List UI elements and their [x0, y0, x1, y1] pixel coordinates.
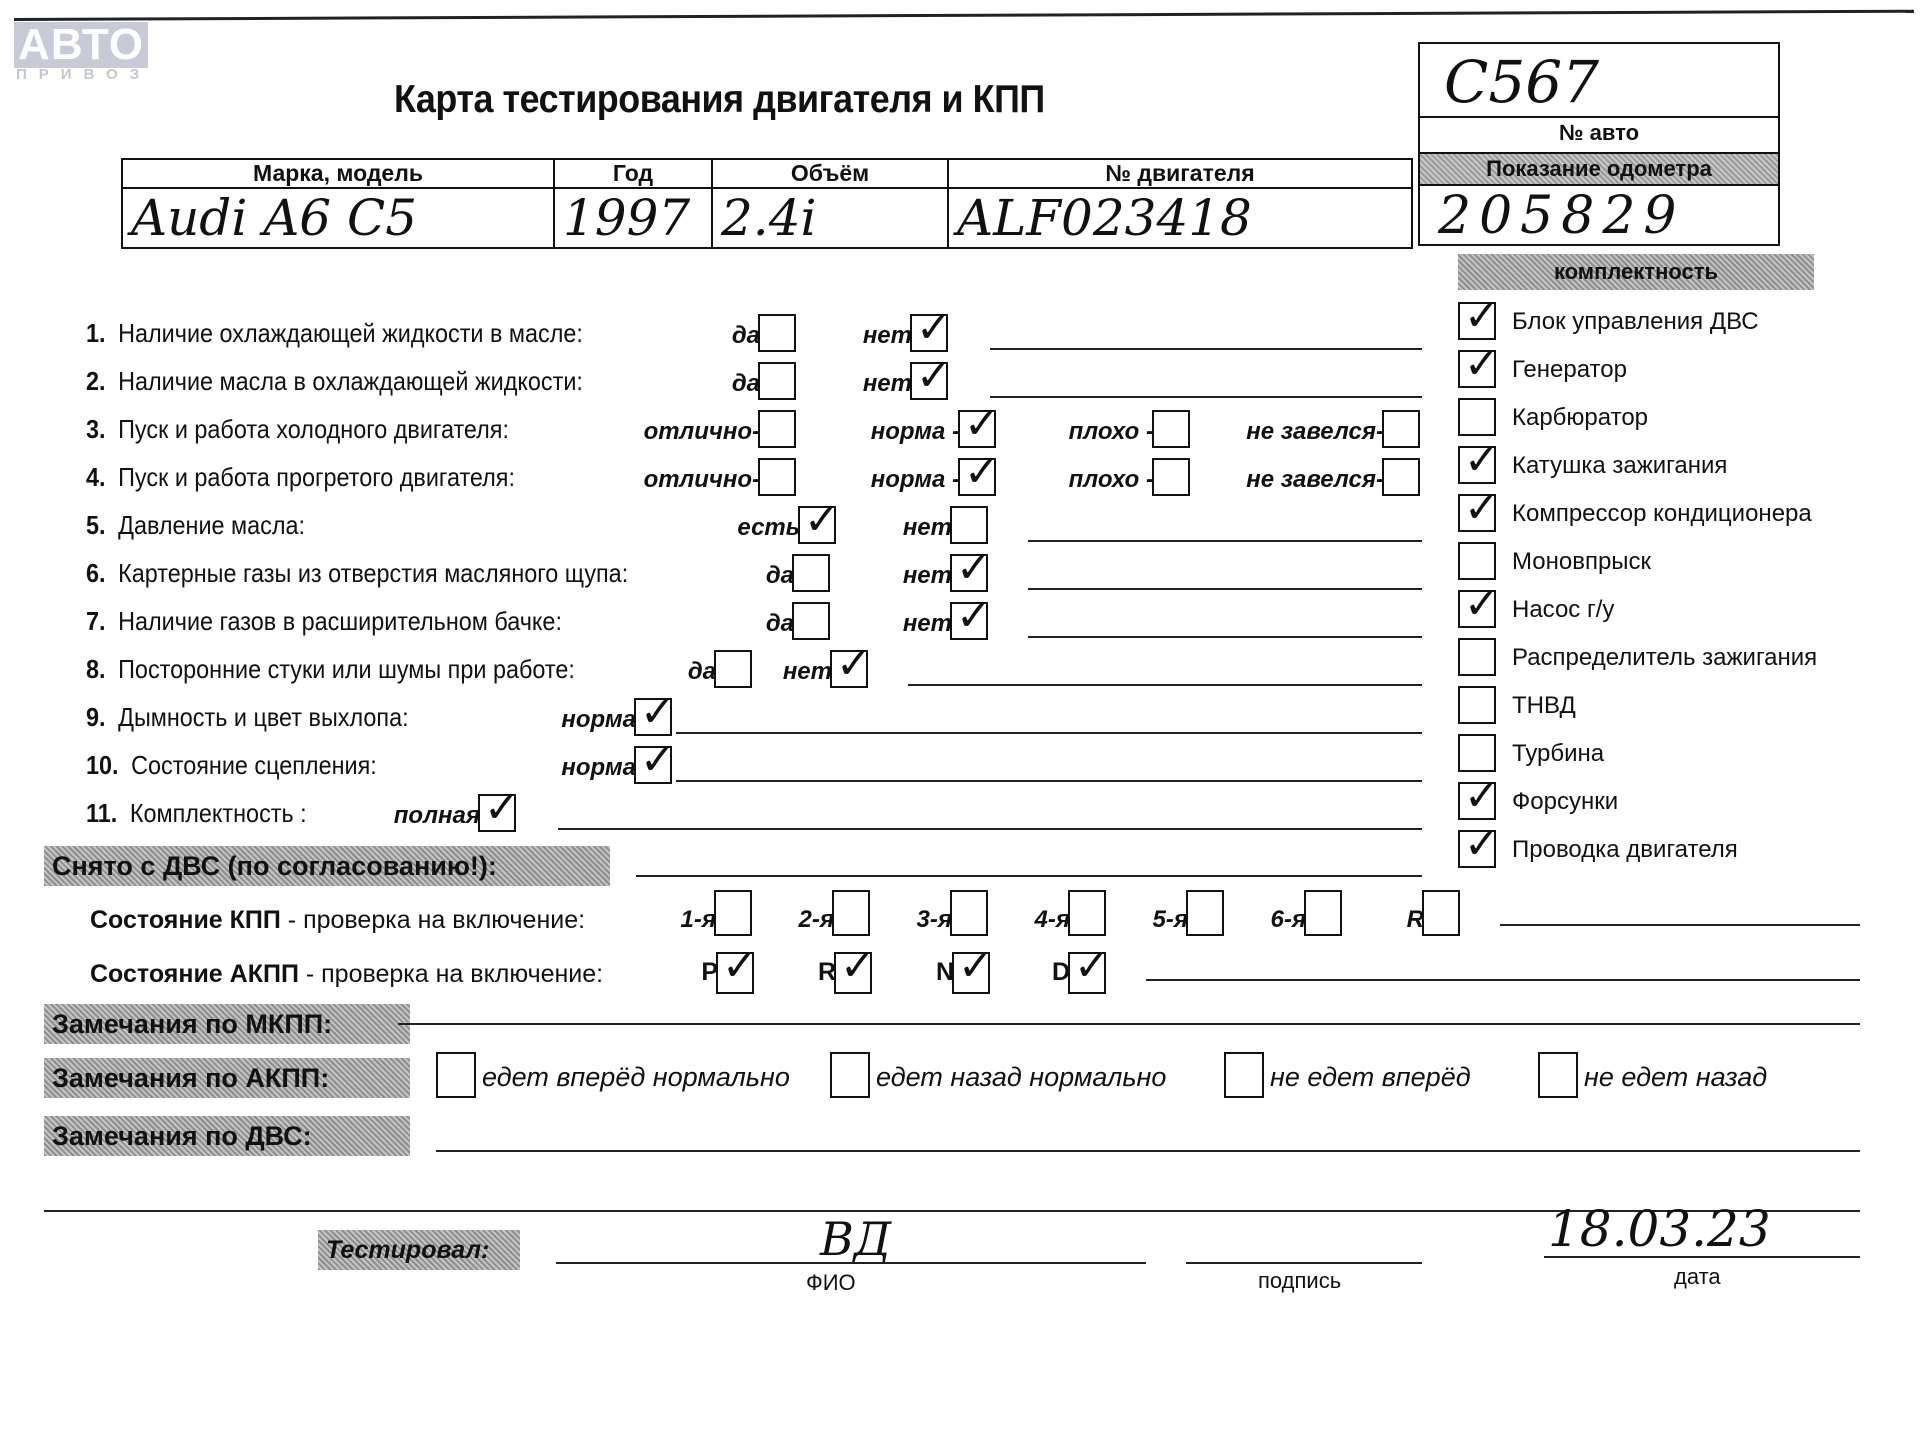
option-checkbox[interactable] — [1382, 458, 1420, 496]
question-number: 1. — [86, 318, 106, 348]
option-label: да — [732, 370, 760, 398]
checklist-question: 1.Наличие охлаждающей жидкости в масле: — [86, 318, 583, 349]
car-number-label: № авто — [1420, 120, 1778, 146]
option-label: не завелся- — [1246, 466, 1384, 494]
checkmark-icon: ✓ — [916, 352, 951, 400]
checklist-question: 3.Пуск и работа холодного двигателя: — [86, 414, 509, 445]
checklist-question: 4.Пуск и работа прогретого двигателя: — [86, 462, 515, 493]
manual-gearbox-line[interactable] — [1500, 924, 1860, 926]
comment-line[interactable] — [676, 780, 1422, 782]
option-checkbox[interactable]: ✓ — [634, 746, 672, 784]
comment-line[interactable] — [990, 396, 1422, 398]
comment-line[interactable] — [1028, 636, 1422, 638]
checklist-question: 11.Комплектность : — [86, 798, 307, 829]
option-label: норма — [561, 754, 636, 782]
dvs-remarks-line[interactable] — [436, 1150, 1860, 1152]
question-number: 9. — [86, 702, 106, 732]
checklist-question: 2.Наличие масла в охлаждающей жидкости: — [86, 366, 583, 397]
signature-line[interactable] — [1186, 1262, 1422, 1264]
option-checkbox[interactable]: ✓ — [830, 650, 868, 688]
odometer-box: Показание одометра 205829 — [1418, 152, 1780, 246]
question-label: Пуск и работа прогретого двигателя: — [118, 462, 515, 492]
header-model: Марка, модель — [122, 159, 554, 188]
checkmark-icon: ✓ — [1464, 580, 1499, 628]
manual-gearbox-label: Состояние КПП - проверка на включение: — [90, 906, 585, 935]
gear-label: 4-я — [1035, 906, 1070, 934]
question-label: Картерные газы из отверстия масляного щу… — [118, 558, 628, 588]
completeness-item-label: Форсунки — [1512, 788, 1618, 816]
comment-line[interactable] — [558, 828, 1422, 830]
completeness-header: комплектность — [1458, 254, 1814, 290]
completeness-item-label: Генератор — [1512, 356, 1627, 384]
comment-line[interactable] — [1028, 588, 1422, 590]
option-checkbox[interactable] — [1382, 410, 1420, 448]
checkmark-icon: ✓ — [484, 784, 519, 832]
question-label: Давление масла: — [118, 510, 305, 540]
option-label: плохо - — [1069, 466, 1154, 494]
tested-by-label: Тестировал: — [318, 1230, 520, 1270]
question-number: 10. — [86, 750, 119, 780]
option-checkbox[interactable] — [758, 314, 796, 352]
akpp-remark-checkbox[interactable] — [830, 1052, 870, 1098]
question-label: Состояние сцепления: — [131, 750, 377, 780]
option-checkbox[interactable] — [792, 602, 830, 640]
date-caption: дата — [1674, 1264, 1721, 1290]
checkmark-icon: ✓ — [964, 400, 999, 448]
auto-gearbox-line[interactable] — [1146, 979, 1860, 981]
completeness-checkbox[interactable] — [1458, 398, 1496, 436]
car-number-field[interactable]: C567 — [1444, 48, 1599, 116]
checklist-question: 10.Состояние сцепления: — [86, 750, 377, 781]
comment-line[interactable] — [1028, 540, 1422, 542]
completeness-item-label: Турбина — [1512, 740, 1604, 768]
option-checkbox[interactable]: ✓ — [478, 794, 516, 832]
akpp-remarks-header: Замечания по АКПП: — [44, 1058, 410, 1098]
completeness-checkbox[interactable]: ✓ — [1458, 830, 1496, 868]
comment-line[interactable] — [990, 348, 1422, 350]
option-checkbox[interactable] — [1152, 410, 1190, 448]
checkmark-icon: ✓ — [804, 496, 839, 544]
question-number: 6. — [86, 558, 106, 588]
option-checkbox[interactable]: ✓ — [958, 410, 996, 448]
odometer-label: Показание одометра — [1420, 154, 1778, 186]
completeness-checkbox[interactable]: ✓ — [1458, 350, 1496, 388]
mkpp-remarks-header: Замечания по МКПП: — [44, 1004, 410, 1044]
auto-gearbox-label-rest: - проверка на включение: — [299, 960, 603, 988]
akpp-remark-checkbox[interactable] — [1224, 1052, 1264, 1098]
vehicle-info-table: Марка, модель Год Объём № двигателя Audi… — [121, 158, 1413, 249]
gear-checkbox[interactable] — [1068, 890, 1106, 936]
gear-checkbox[interactable] — [1422, 890, 1460, 936]
option-checkbox[interactable]: ✓ — [910, 362, 948, 400]
checkmark-icon: ✓ — [956, 592, 991, 640]
odometer-field[interactable]: 205829 — [1420, 186, 1778, 246]
option-label: отлично- — [644, 418, 760, 446]
completeness-item-label: Моновпрыск — [1512, 548, 1651, 576]
removed-parts-header: Снято с ДВС (по согласованию!): — [44, 846, 610, 886]
gear-label: 1-я — [681, 906, 716, 934]
checklist-question: 8.Посторонние стуки или шумы при работе: — [86, 654, 575, 685]
question-label: Наличие охлаждающей жидкости в масле: — [118, 318, 583, 348]
gear-checkbox[interactable] — [832, 890, 870, 936]
option-label: полная — [394, 802, 480, 830]
question-label: Пуск и работа холодного двигателя: — [118, 414, 509, 444]
option-checkbox[interactable] — [1152, 458, 1190, 496]
top-border-line — [14, 10, 1914, 21]
option-label: да — [766, 562, 794, 590]
avto-privoz-logo: АВТО — [14, 22, 148, 68]
gear-checkbox[interactable]: ✓ — [1068, 952, 1106, 994]
akpp-remark-checkbox[interactable] — [436, 1052, 476, 1098]
option-checkbox[interactable]: ✓ — [798, 506, 836, 544]
completeness-item-label: Блок управления ДВС — [1512, 308, 1759, 336]
gear-checkbox[interactable]: ✓ — [952, 952, 990, 994]
completeness-checkbox[interactable]: ✓ — [1458, 782, 1496, 820]
engine-no-field[interactable]: ALF023418 — [948, 188, 1412, 248]
name-caption: ФИО — [806, 1270, 856, 1296]
completeness-item-label: ТНВД — [1512, 692, 1576, 720]
comment-line[interactable] — [908, 684, 1422, 686]
comment-line[interactable] — [676, 732, 1422, 734]
manual-gearbox-label-rest: - проверка на включение: — [281, 906, 585, 934]
completeness-item-label: Насос г/у — [1512, 596, 1614, 624]
logo-subtitle: ПРИВОЗ — [16, 66, 151, 83]
tester-name-field[interactable]: ВД — [820, 1212, 891, 1266]
divider — [1420, 116, 1778, 118]
checkmark-icon: ✓ — [640, 688, 675, 736]
option-label: нет — [903, 610, 952, 638]
completeness-checkbox[interactable]: ✓ — [1458, 302, 1496, 340]
completeness-item-label: Карбюратор — [1512, 404, 1648, 432]
volume-field[interactable]: 2.4i — [712, 188, 948, 248]
checklist-question: 7.Наличие газов в расширительном бачке: — [86, 606, 562, 637]
checkmark-icon: ✓ — [1464, 820, 1499, 868]
mkpp-remarks-line[interactable] — [398, 1023, 1860, 1025]
model-field[interactable]: Audi A6 C5 — [122, 188, 554, 248]
checkmark-icon: ✓ — [964, 448, 999, 496]
option-checkbox[interactable]: ✓ — [958, 458, 996, 496]
option-checkbox[interactable] — [758, 362, 796, 400]
checklist-question: 5.Давление масла: — [86, 510, 305, 541]
gear-checkbox[interactable] — [714, 890, 752, 936]
question-label: Наличие масла в охлаждающей жидкости: — [118, 366, 583, 396]
checkmark-icon: ✓ — [1464, 340, 1499, 388]
header-year: Год — [554, 159, 712, 188]
checkmark-icon: ✓ — [1464, 292, 1499, 340]
checkmark-icon: ✓ — [958, 942, 993, 990]
removed-parts-line[interactable] — [636, 875, 1422, 877]
option-checkbox[interactable]: ✓ — [634, 698, 672, 736]
option-checkbox[interactable] — [792, 554, 830, 592]
option-checkbox[interactable] — [714, 650, 752, 688]
checkmark-icon: ✓ — [1464, 436, 1499, 484]
option-label: отлично- — [644, 466, 760, 494]
checklist-question: 6.Картерные газы из отверстия масляного … — [86, 558, 628, 589]
question-number: 5. — [86, 510, 106, 540]
completeness-checkbox[interactable] — [1458, 638, 1496, 676]
option-checkbox[interactable] — [758, 410, 796, 448]
checkmark-icon: ✓ — [1464, 484, 1499, 532]
akpp-remark-checkbox[interactable] — [1538, 1052, 1578, 1098]
gear-label: 5-я — [1153, 906, 1188, 934]
checkmark-icon: ✓ — [840, 942, 875, 990]
checkmark-icon: ✓ — [722, 942, 757, 990]
option-checkbox[interactable] — [758, 458, 796, 496]
option-label: плохо - — [1069, 418, 1154, 446]
completeness-checkbox[interactable]: ✓ — [1458, 494, 1496, 532]
gear-checkbox[interactable] — [1186, 890, 1224, 936]
checkmark-icon: ✓ — [836, 640, 871, 688]
header-engine-no: № двигателя — [948, 159, 1412, 188]
gear-checkbox[interactable]: ✓ — [716, 952, 754, 994]
completeness-checkbox[interactable]: ✓ — [1458, 446, 1496, 484]
question-number: 11. — [86, 798, 117, 828]
gear-checkbox[interactable]: ✓ — [834, 952, 872, 994]
gear-label: 3-я — [917, 906, 952, 934]
checkmark-icon: ✓ — [1464, 772, 1499, 820]
option-label: норма - — [871, 466, 960, 494]
completeness-item-label: Проводка двигателя — [1512, 836, 1738, 864]
option-label: да — [766, 610, 794, 638]
checkmark-icon: ✓ — [916, 304, 951, 352]
gear-label: 6-я — [1271, 906, 1306, 934]
completeness-checkbox[interactable]: ✓ — [1458, 590, 1496, 628]
option-label: нет — [863, 370, 912, 398]
question-label: Комплектность : — [130, 798, 307, 828]
option-label: да — [732, 322, 760, 350]
option-label: нет — [903, 562, 952, 590]
auto-gearbox-label-bold: Состояние АКПП — [90, 960, 299, 988]
completeness-item-label: Катушка зажигания — [1512, 452, 1727, 480]
option-label: нет — [903, 514, 952, 542]
question-number: 3. — [86, 414, 106, 444]
manual-gearbox-label-bold: Состояние КПП — [90, 906, 281, 934]
page-title: Карта тестирования двигателя и КПП — [394, 78, 1045, 122]
checkmark-icon: ✓ — [640, 736, 675, 784]
option-checkbox[interactable]: ✓ — [910, 314, 948, 352]
gear-checkbox[interactable] — [1304, 890, 1342, 936]
completeness-checkbox[interactable] — [1458, 542, 1496, 580]
tester-name-line[interactable] — [556, 1262, 1146, 1264]
akpp-remark-label: едет вперёд нормально — [482, 1062, 790, 1093]
auto-gearbox-label: Состояние АКПП - проверка на включение: — [90, 960, 603, 989]
option-checkbox[interactable]: ✓ — [950, 554, 988, 592]
akpp-remark-label: не едет вперёд — [1270, 1062, 1471, 1093]
question-number: 2. — [86, 366, 106, 396]
checklist-question: 9.Дымность и цвет выхлопа: — [86, 702, 409, 733]
checkmark-icon: ✓ — [956, 544, 991, 592]
option-checkbox[interactable]: ✓ — [950, 602, 988, 640]
completeness-checkbox[interactable] — [1458, 686, 1496, 724]
year-field[interactable]: 1997 — [554, 188, 712, 248]
question-label: Дымность и цвет выхлопа: — [118, 702, 408, 732]
option-label: да — [688, 658, 716, 686]
option-label: норма — [561, 706, 636, 734]
completeness-item-label: Компрессор кондиционера — [1512, 500, 1812, 528]
completeness-item-label: Распределитель зажигания — [1512, 644, 1817, 672]
option-label: нет — [783, 658, 832, 686]
checkmark-icon: ✓ — [1074, 942, 1109, 990]
gear-label: 2-я — [799, 906, 834, 934]
option-label: не завелся- — [1246, 418, 1384, 446]
option-checkbox[interactable] — [950, 506, 988, 544]
question-label: Посторонние стуки или шумы при работе: — [118, 654, 575, 684]
option-label: есть — [737, 514, 800, 542]
akpp-remark-label: не едет назад — [1584, 1062, 1767, 1093]
signature-caption: подпись — [1258, 1268, 1341, 1294]
completeness-checkbox[interactable] — [1458, 734, 1496, 772]
date-field[interactable]: 18.03.23 — [1548, 1200, 1771, 1258]
header-volume: Объём — [712, 159, 948, 188]
date-line[interactable] — [1544, 1256, 1860, 1258]
question-number: 4. — [86, 462, 106, 492]
option-label: нет — [863, 322, 912, 350]
question-number: 8. — [86, 654, 106, 684]
question-number: 7. — [86, 606, 106, 636]
question-label: Наличие газов в расширительном бачке: — [118, 606, 562, 636]
akpp-remark-label: едет назад нормально — [876, 1062, 1166, 1093]
gear-checkbox[interactable] — [950, 890, 988, 936]
option-label: норма - — [871, 418, 960, 446]
dvs-remarks-header: Замечания по ДВС: — [44, 1116, 410, 1156]
